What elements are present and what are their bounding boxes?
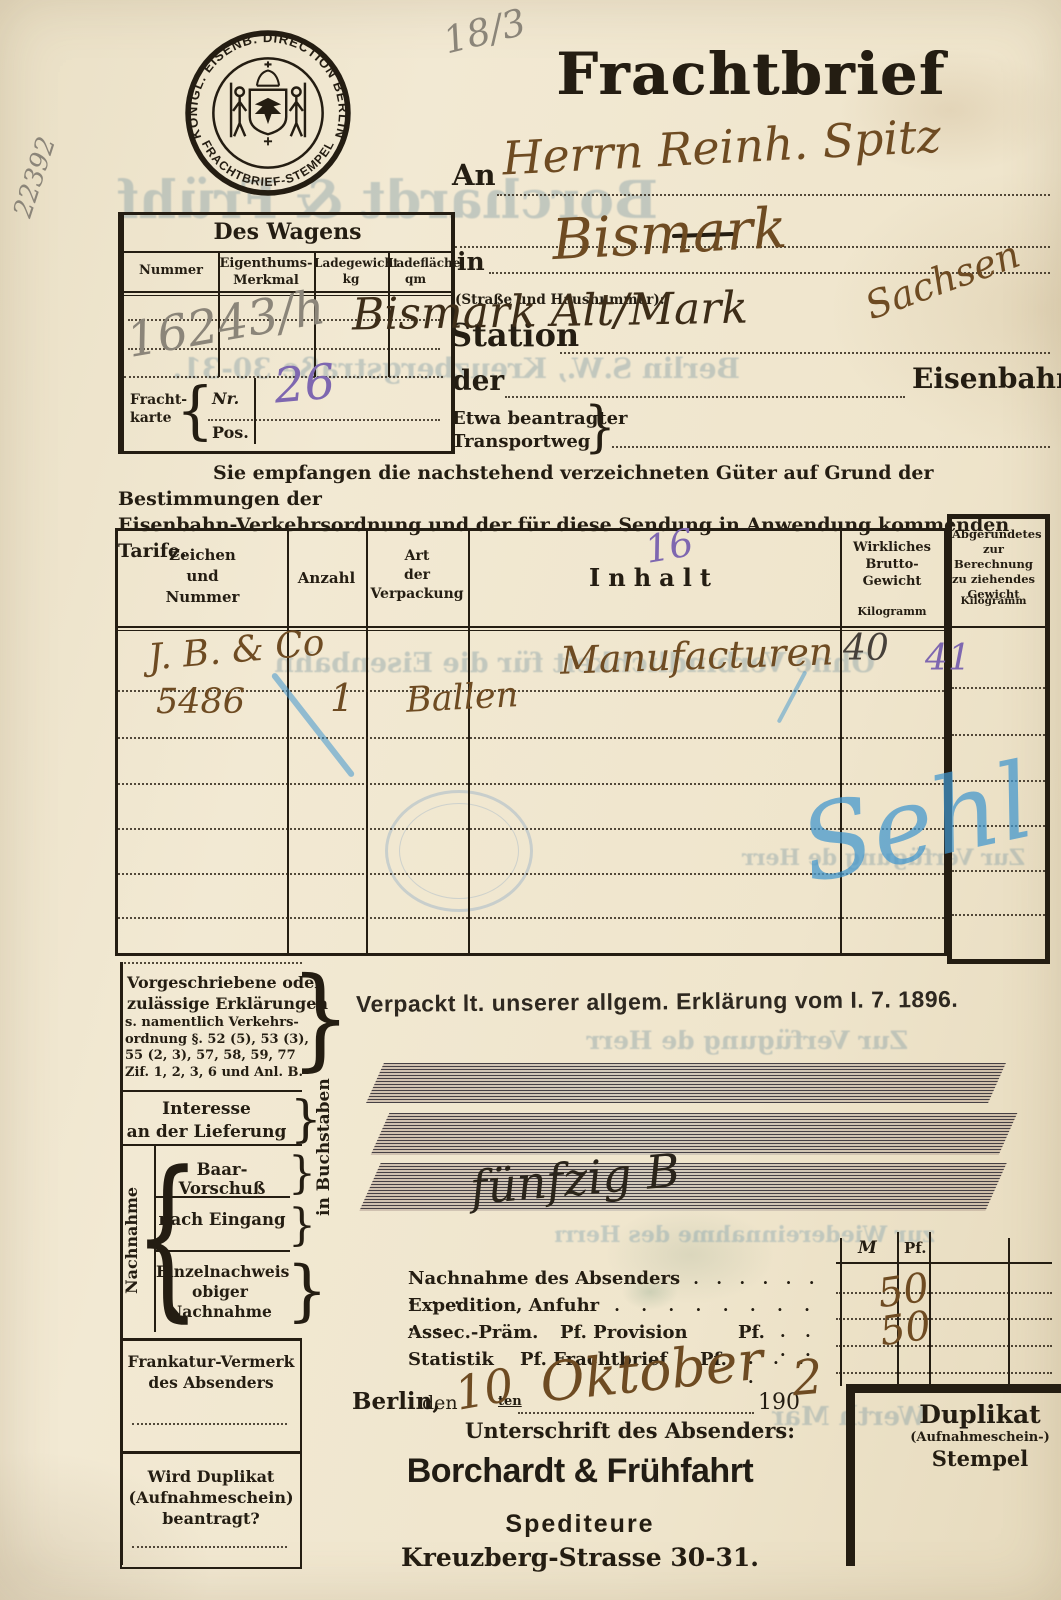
left-panel-top-line [120,962,302,964]
signature-caption: Unterschrift des Absenders: [455,1418,805,1443]
goods-col-abgerundet: Abgerundetes zur Berechnung zu ziehendes… [952,527,1035,602]
hatched-bar-2 [371,1113,1018,1155]
handwritten-verpackung: Ballen [405,675,519,721]
goods-col-brutto-unit: Kilogramm [840,605,944,618]
eingang-brace: } [288,1204,316,1248]
baar-brace: } [288,1152,316,1196]
handwritten-header-note: 16 [642,520,697,572]
handwritten-fee-2: 50 [877,1303,934,1356]
in-label: in [457,247,485,276]
wagen-title: Des Wagens [124,219,451,245]
duplikat-stempel: Stempel [900,1446,1060,1471]
handwritten-anzahl: 1 [330,676,354,720]
verpackt-declaration-stamp: Verpackt lt. unserer allgem. Erklärung v… [356,985,1056,1018]
handwritten-day: 10 [451,1357,518,1420]
abgerundet-column: Abgerundetes zur Berechnung zu ziehendes… [947,514,1050,964]
handwritten-station: Bismark Alt/Mark [352,283,749,341]
in-buchstaben-vertical-label: in Buchstaben [314,1072,334,1222]
station-line [560,352,1050,354]
hatched-bar-3 [359,1163,1006,1211]
nach-eingang-label: nach Eingang [158,1210,286,1229]
handwritten-year: 2 [790,1349,825,1407]
der-line [505,396,905,398]
frachtkarte-nr-label: Nr. [212,389,239,408]
wird-duplikat-label: Wird Duplikat (Aufnahmeschein) beantragt… [122,1466,300,1529]
handwritten-brutto: 40 [843,628,889,669]
fee-label-assec: Assec.-Präm. [408,1322,538,1343]
an-label: An [452,158,496,192]
wagen-col-nummer: Nummer [124,263,218,278]
frankatur-box: Frankatur-Vermerk des Absenders [120,1338,302,1453]
der-label: der [452,364,504,397]
railway-direction-seal-icon: KÖNIGL. EISENB. DIRECTION BERLIN ★ FRACH… [183,28,353,198]
fee-label-nachnahme: Nachnahme des Absenders [408,1268,680,1289]
wagen-col-ladeflaeche: Ladefläche qm [388,255,443,287]
duplikat-title: Duplikat [900,1400,1060,1429]
wird-duplikat-box: Wird Duplikat (Aufnahmeschein) beantragt… [120,1452,302,1569]
prussian-coat-of-arms-icon [231,61,305,145]
goods-col-brutto: Wirkliches Brutto- Gewicht [840,539,944,590]
goods-col-verpackung: Art der Verpackung [366,547,468,604]
erklaerungen-brace: } [290,963,351,1073]
frachtbrief-document: Borchardt & Frühfahrt Berlin S.W., Kreuz… [0,0,1061,1600]
frankatur-label: Frankatur-Vermerk des Absenders [122,1351,300,1393]
duplikat-box-top-border [846,1384,1061,1393]
document-title: Frachtbrief [468,40,1034,108]
handwritten-frachtkarte-nr: 26 [272,353,338,414]
intro-line-1: Sie empfangen die nachstehend verzeichne… [118,460,1044,512]
ghost-verfuegung-text-2: Zur Verfügung de Herr [468,1026,908,1055]
fees-col-m: M [858,1238,877,1258]
hatched-bar-1 [366,1063,1006,1103]
duplikat-subtitle: (Aufnahmeschein-) [900,1430,1060,1445]
duplikat-box-left-border [846,1384,855,1566]
sender-street-stamp: Kreuzberg-Strasse 30-31. [400,1543,760,1572]
transportweg-line [612,446,1050,448]
frachtkarte-brace: { [176,380,214,443]
baar-vorschuss-label: Baar-Vorschuß [158,1160,286,1198]
eisenbahn-label: Eisenbahn [912,362,1061,395]
einzelnachweis-label: Einzelnachweis obiger Nachnahme [156,1262,284,1322]
fees-col-pf: Pf. [904,1239,926,1257]
handwritten-town: Bismark [550,196,788,273]
dateline-den: den [422,1392,458,1414]
handwritten-abgerundet: 41 [925,638,971,679]
goods-col-abgerundet-unit: Kilogramm [952,595,1035,607]
einzelnachweis-brace: } [286,1258,328,1324]
wagen-col-ladegewicht: Ladegewicht kg [314,255,388,287]
handwritten-recipient: Herrn Reinh. Spitz [501,109,942,186]
goods-col-zeichen: Zeichen und Nummer [118,545,287,608]
handwritten-nummer: 5486 [156,682,245,722]
erklaerungen-detail: s. namentlich Verkehrs- ordnung §. 52 (5… [125,1015,309,1081]
frachtkarte-pos-label: Pos. [212,423,249,442]
ghost-wiedereinnahme-text: zur Wiedereinnahme des Herrn [555,1222,935,1248]
goods-col-anzahl: Anzahl [287,569,366,587]
pencil-corner-number: 22392 [8,133,62,221]
sender-role-stamp: Spediteure [460,1510,700,1539]
sender-company-stamp: Borchardt & Frühfahrt [370,1452,790,1491]
fee-label-expedition: Expedition, Anfuhr [408,1295,599,1316]
